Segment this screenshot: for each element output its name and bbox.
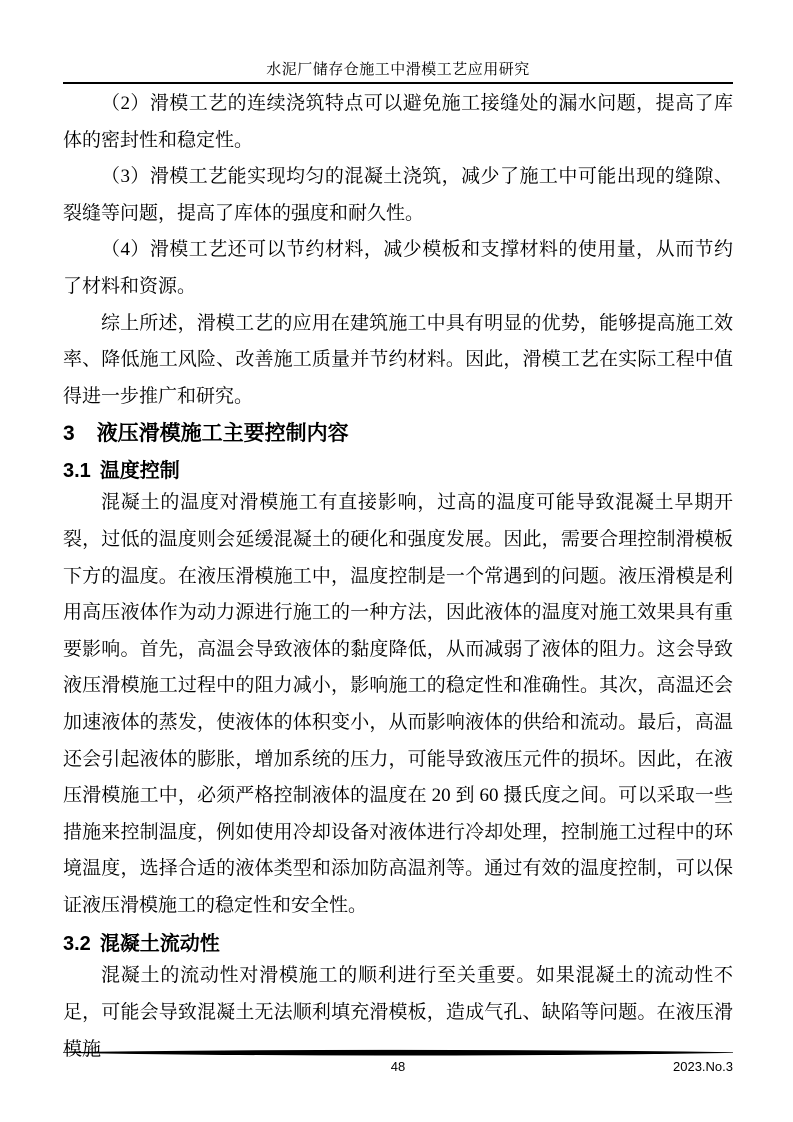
- paragraph-summary: 综上所述，滑模工艺的应用在建筑施工中具有明显的优势，能够提高施工效率、降低施工风…: [63, 306, 733, 416]
- document-page: 水泥厂储存仓施工中滑模工艺应用研究 （2）滑模工艺的连续浇筑特点可以避免施工接缝…: [0, 0, 793, 1122]
- section-3-number: 3: [63, 419, 75, 449]
- paragraph-temperature-control: 混凝土的温度对滑模施工有直接影响，过高的温度可能导致混凝土早期开裂，过低的温度则…: [63, 485, 733, 924]
- section-3-2-number: 3.2: [63, 930, 91, 958]
- paragraph-advantage-4: （4）滑模工艺还可以节约材料，减少模板和支撑材料的使用量，从而节约了材料和资源。: [63, 232, 733, 305]
- issue-label: 2023.No.3: [673, 1059, 733, 1075]
- page-footer: 48 2023.No.3: [63, 1049, 733, 1075]
- page-body: （2）滑模工艺的连续浇筑特点可以避免施工接缝处的漏水问题，提高了库体的密封性和稳…: [0, 84, 793, 1068]
- section-3-heading: 3液压滑模施工主要控制内容: [63, 419, 733, 449]
- section-3-1-title: 温度控制: [100, 460, 180, 482]
- section-3-2-title: 混凝土流动性: [100, 933, 220, 955]
- section-3-2-heading: 3.2混凝土流动性: [63, 930, 733, 958]
- footer-row: 48 2023.No.3: [63, 1059, 733, 1075]
- page-number: 48: [63, 1059, 733, 1075]
- section-3-title: 液压滑模施工主要控制内容: [97, 422, 349, 445]
- page-header: 水泥厂储存仓施工中滑模工艺应用研究: [0, 0, 793, 84]
- section-3-1-heading: 3.1温度控制: [63, 457, 733, 485]
- footer-tapered-rule: [63, 1049, 733, 1057]
- running-title: 水泥厂储存仓施工中滑模工艺应用研究: [63, 62, 733, 78]
- paragraph-advantage-2: （2）滑模工艺的连续浇筑特点可以避免施工接缝处的漏水问题，提高了库体的密封性和稳…: [63, 86, 733, 159]
- section-3-1-number: 3.1: [63, 457, 91, 485]
- paragraph-advantage-3: （3）滑模工艺能实现均匀的混凝土浇筑，减少了施工中可能出现的缝隙、裂缝等问题，提…: [63, 159, 733, 232]
